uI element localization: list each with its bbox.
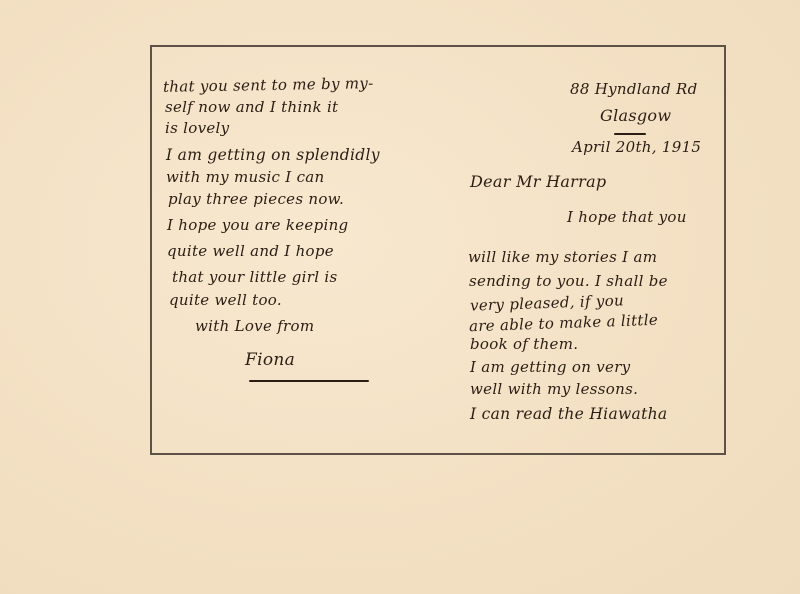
letter-line: that your little girl is — [172, 268, 337, 286]
letter-line: I am getting on very — [470, 358, 630, 376]
closing: with Love from — [195, 317, 314, 335]
letter-line: self now and I think it — [165, 98, 338, 116]
address-street: 88 Hyndland Rd — [570, 80, 698, 98]
letter-line: play three pieces now. — [168, 190, 344, 208]
letter-date: April 20th, 1915 — [572, 138, 701, 156]
letter-line: is lovely — [165, 119, 229, 137]
salutation: Dear Mr Harrap — [470, 172, 606, 191]
letter-line: with my music I can — [166, 168, 325, 186]
city-underline — [614, 133, 646, 135]
letter-line: I hope that you — [567, 208, 687, 226]
letter-line: book of them. — [470, 335, 578, 353]
letter-line: well with my lessons. — [470, 380, 638, 398]
letter-line: that you sent to me by my- — [163, 74, 374, 96]
letter-line: I am getting on splendidly — [166, 146, 380, 164]
letter-line: sending to you. I shall be — [469, 272, 668, 290]
letter-line: I can read the Hiawatha — [470, 405, 667, 423]
letter-line: quite well too. — [169, 291, 282, 309]
letter-line: I hope you are keeping — [167, 216, 348, 234]
letter-line: quite well and I hope — [167, 242, 334, 260]
signature: Fiona — [245, 350, 295, 370]
signature-underline — [249, 380, 369, 382]
letter-line: will like my stories I am — [468, 248, 657, 266]
address-city: Glasgow — [600, 106, 671, 125]
